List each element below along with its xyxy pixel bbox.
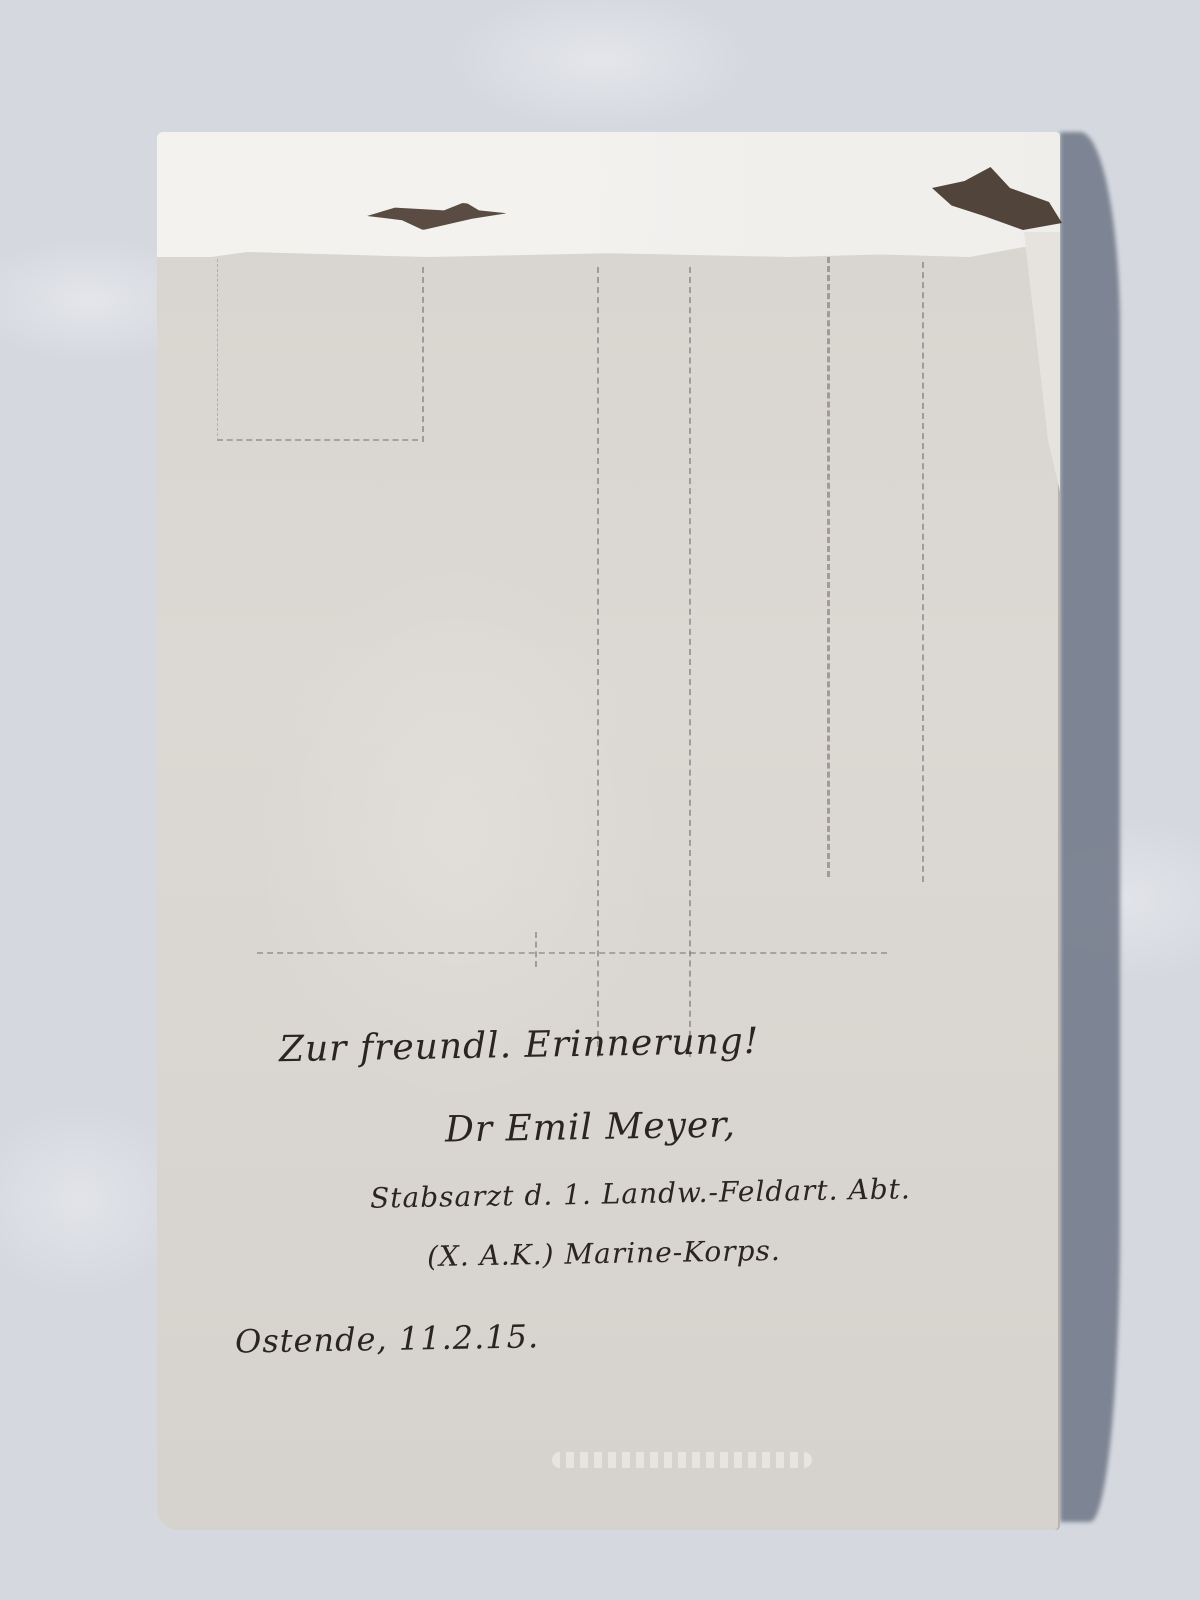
divider-line	[922, 262, 924, 882]
divider-line	[422, 267, 424, 442]
torn-paper-residue-right	[1000, 232, 1060, 492]
bottom-scuff-marks	[552, 1452, 812, 1468]
postcard: Zur freundl. Erinnerung! Dr Emil Meyer, …	[157, 132, 1060, 1530]
inscription-line-signature: Dr Emil Meyer,	[445, 1104, 737, 1150]
inscription-line-place-date: Ostende, 11.2.15.	[235, 1317, 540, 1360]
inscription-line-greeting: Zur freundl. Erinnerung!	[279, 1021, 760, 1070]
inscription-line-unit: (X. A.K.) Marine-Korps.	[427, 1234, 781, 1273]
center-tick	[535, 932, 537, 967]
divider-line	[689, 267, 691, 1057]
card-shadow	[1060, 132, 1120, 1522]
divider-line	[827, 257, 830, 877]
inscription-line-rank: Stabsarzt d. 1. Landw.-Feldart. Abt.	[370, 1172, 911, 1214]
divider-line	[597, 267, 599, 1057]
torn-paper-residue	[157, 132, 1060, 257]
baseline-dashed	[257, 952, 887, 954]
stamp-area-outline	[217, 259, 418, 441]
